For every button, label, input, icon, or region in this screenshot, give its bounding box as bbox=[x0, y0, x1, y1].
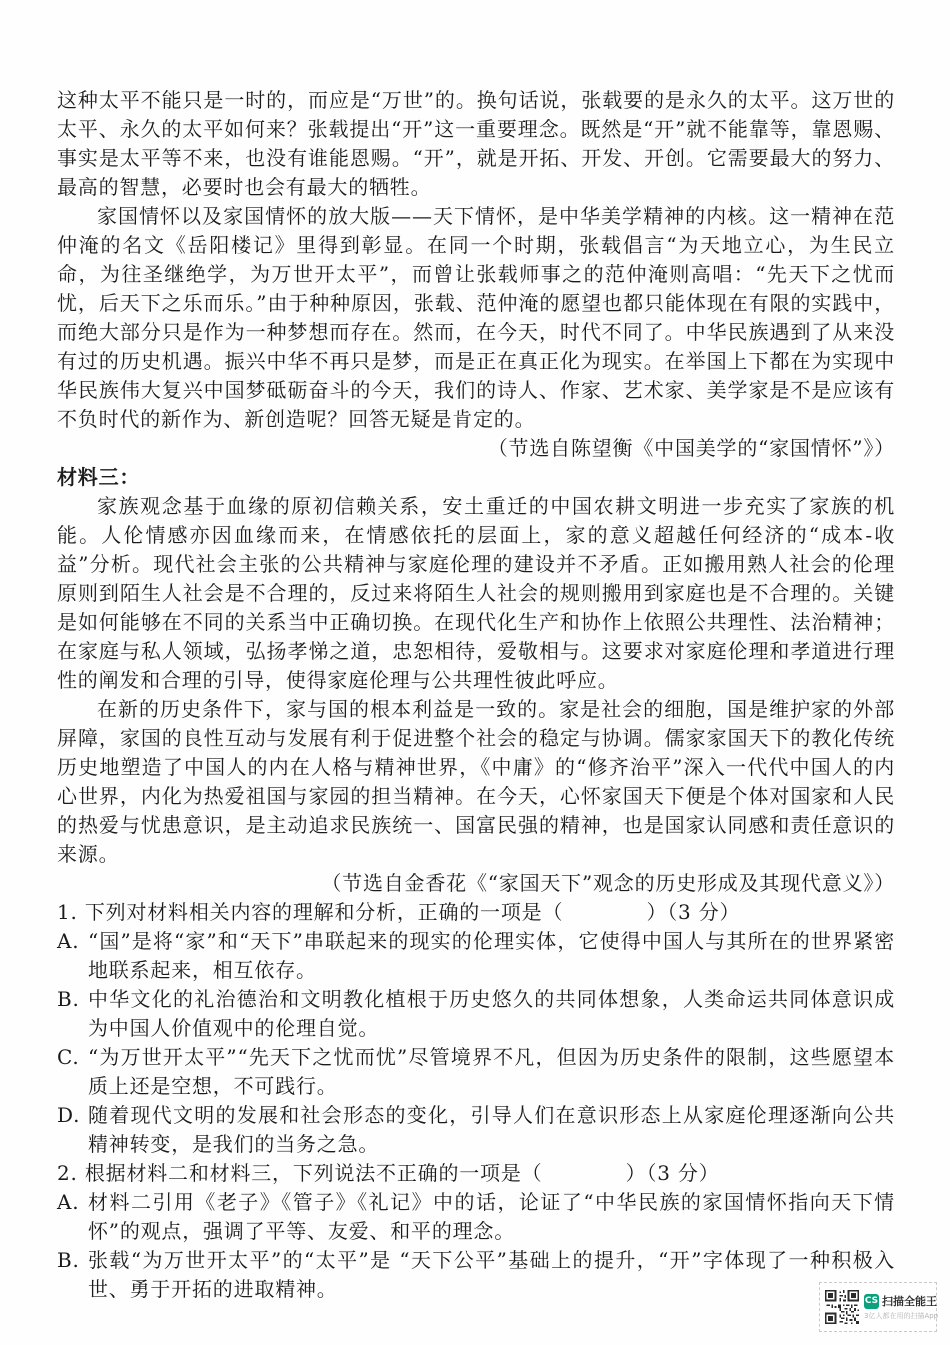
camscanner-watermark: CS 扫描全能王 3亿人都在用的扫描App bbox=[819, 1282, 937, 1332]
watermark-text-block: CS 扫描全能王 3亿人都在用的扫描App bbox=[864, 1293, 931, 1321]
question-1-option-d: D. 随着现代文明的发展和社会形态的变化，引导人们在意识形态上从家庭伦理逐渐向公… bbox=[57, 1101, 895, 1159]
material-2-paragraph: 家国情怀以及家国情怀的放大版——天下情怀，是中华美学精神的内核。这一精神在范仲淹… bbox=[57, 202, 895, 434]
option-text: “为万世开太平”“先天下之忧而忧”尽管境界不凡，但因为历史条件的限制，这些愿望本… bbox=[88, 1043, 895, 1101]
document-body: 这种太平不能只是一时的，而应是“万世”的。换句话说，张载要的是永久的太平。这万世… bbox=[57, 86, 895, 1304]
question-2-stem: 2. 根据材料二和材料三，下列说法不正确的一项是（ ）（3 分） bbox=[57, 1159, 895, 1188]
option-label: A. bbox=[57, 927, 88, 985]
question-1-option-c: C. “为万世开太平”“先天下之忧而忧”尽管境界不凡，但因为历史条件的限制，这些… bbox=[57, 1043, 895, 1101]
material-3-source-citation: （节选自金香花《“家国天下”观念的历史形成及其现代意义》） bbox=[57, 869, 895, 898]
question-1-option-b: B. 中华文化的礼治德治和文明教化植根于历史悠久的共同体想象，人类命运共同体意识… bbox=[57, 985, 895, 1043]
material-3-paragraph-2: 在新的历史条件下，家与国的根本利益是一致的。家是社会的细胞，国是维护家的外部屏障… bbox=[57, 695, 895, 869]
option-text: 张载“为万世开太平”的“太平”是 “天下公平”基础上的提升，“开”字体现了一种积… bbox=[88, 1246, 895, 1304]
watermark-tagline: 3亿人都在用的扫描App bbox=[864, 1311, 931, 1321]
question-2-option-b: B. 张载“为万世开太平”的“太平”是 “天下公平”基础上的提升，“开”字体现了… bbox=[57, 1246, 895, 1304]
option-label: B. bbox=[57, 1246, 88, 1304]
option-text: 材料二引用《老子》《管子》《礼记》中的话，论证了“中华民族的家国情怀指向天下情怀… bbox=[88, 1188, 895, 1246]
question-1-stem: 1. 下列对材料相关内容的理解和分析，正确的一项是（ ）（3 分） bbox=[57, 898, 895, 927]
scanned-exam-page: 这种太平不能只是一时的，而应是“万世”的。换句话说，张载要的是永久的太平。这万世… bbox=[0, 0, 950, 1345]
question-1-option-a: A. “国”是将“家”和“天下”串联起来的现实的伦理实体，它使得中国人与其所在的… bbox=[57, 927, 895, 985]
qr-code-icon bbox=[825, 1290, 859, 1324]
option-text: 随着现代文明的发展和社会形态的变化，引导人们在意识形态上从家庭伦理逐渐向公共精神… bbox=[88, 1101, 895, 1159]
option-label: D. bbox=[57, 1101, 88, 1159]
camscanner-logo-icon: CS bbox=[864, 1294, 879, 1309]
material-2-source-citation: （节选自陈望衡《中国美学的“家国情怀”》） bbox=[57, 434, 895, 463]
option-label: A. bbox=[57, 1188, 88, 1246]
material-3-paragraph-1: 家族观念基于血缘的原初信赖关系，安土重迁的中国农耕文明进一步充实了家族的机能。人… bbox=[57, 492, 895, 695]
option-label: C. bbox=[57, 1043, 88, 1101]
question-2-option-a: A. 材料二引用《老子》《管子》《礼记》中的话，论证了“中华民族的家国情怀指向天… bbox=[57, 1188, 895, 1246]
option-label: B. bbox=[57, 985, 88, 1043]
watermark-app-name: 扫描全能王 bbox=[882, 1293, 937, 1309]
material-2-paragraph-continued: 这种太平不能只是一时的，而应是“万世”的。换句话说，张载要的是永久的太平。这万世… bbox=[57, 86, 895, 202]
option-text: “国”是将“家”和“天下”串联起来的现实的伦理实体，它使得中国人与其所在的世界紧… bbox=[88, 927, 895, 985]
material-3-heading: 材料三： bbox=[57, 463, 895, 492]
option-text: 中华文化的礼治德治和文明教化植根于历史悠久的共同体想象，人类命运共同体意识成为中… bbox=[88, 985, 895, 1043]
